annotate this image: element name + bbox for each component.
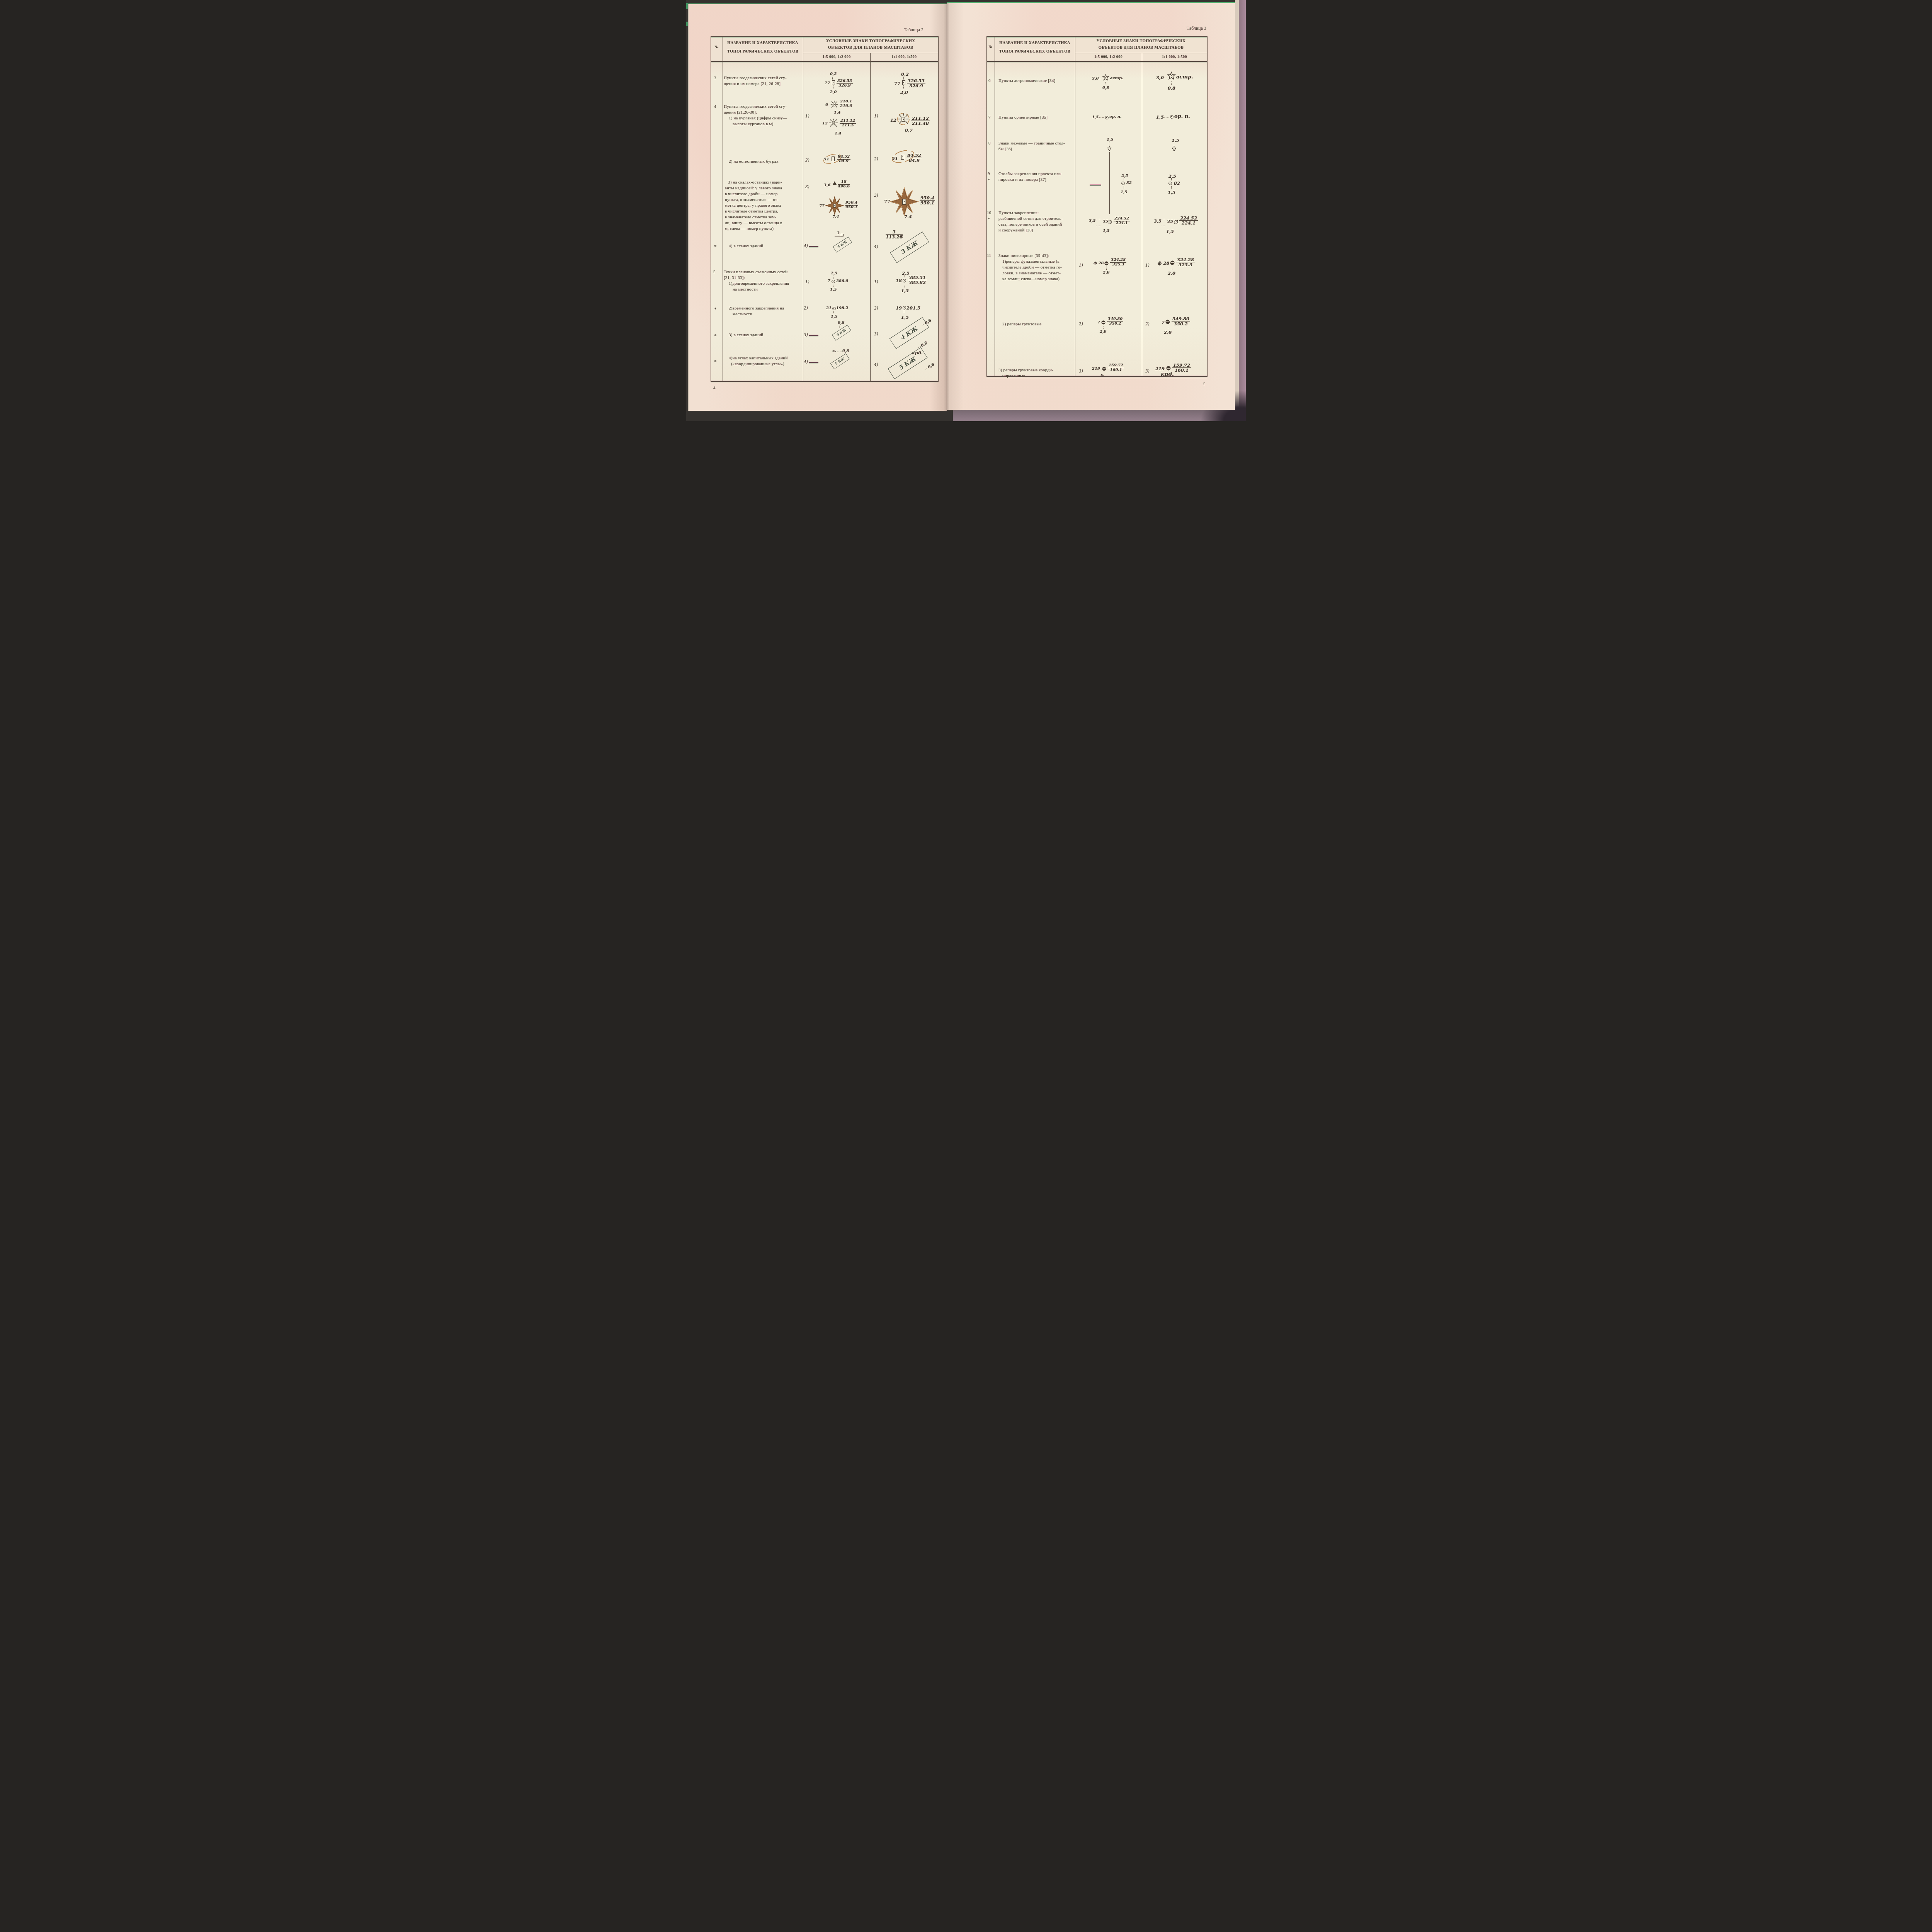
- col-header-symbols-1: УСЛОВНЫЕ ЗНАКИ ТОПОГРАФИЧЕСКИХ: [1075, 39, 1207, 43]
- benchmark-icon: [1165, 320, 1170, 324]
- col-header-scale-5000: 1:5 000, 1:2 000: [803, 55, 870, 59]
- elevation-fraction: 324.28325.3: [1176, 257, 1195, 267]
- dim-label: 0,8: [838, 321, 844, 325]
- rule: [803, 36, 803, 382]
- symbol-caption: астр.: [1110, 76, 1123, 80]
- row-text: Точки плановых съемочных сетей: [724, 270, 787, 274]
- dim-label: 3,5: [1154, 218, 1162, 224]
- point-number: 77: [825, 81, 830, 85]
- elevation-fraction: 18496.6: [838, 180, 850, 189]
- point-number: 3,6: [824, 183, 830, 187]
- variant-label: 3): [805, 185, 810, 189]
- elevation-fraction: 159.72160.1: [1172, 363, 1191, 372]
- astro-star-icon: [1102, 74, 1109, 81]
- rule: [986, 36, 1207, 37]
- bench-number: 219: [1155, 366, 1165, 371]
- astro-star-icon: [1167, 72, 1175, 80]
- row-text: 2)временного закрепления на: [729, 306, 784, 311]
- symbol-caption: ор. п.: [1109, 115, 1121, 119]
- rule: [870, 53, 871, 382]
- rule: [986, 36, 987, 377]
- elevation-value: 198.2: [836, 306, 848, 310]
- point-number: 18: [896, 278, 902, 283]
- dotted-line: [1163, 78, 1167, 78]
- benchmark-icon: [1104, 261, 1109, 265]
- dotted-line: [1172, 267, 1172, 270]
- row-text: разбивочной сетки для строитель-: [998, 216, 1063, 221]
- rule: [1142, 53, 1142, 377]
- survey-point-icon: [832, 307, 836, 310]
- dim-label: 7.4: [832, 215, 839, 219]
- rule: [986, 61, 1207, 62]
- page-number-left: 4: [713, 386, 716, 390]
- row-text: ли, внизу — высоты останца в: [725, 221, 782, 225]
- variant-label: 3): [874, 332, 878, 337]
- point-number: 51: [824, 157, 829, 162]
- geodetic-square-icon: [832, 80, 835, 85]
- dim-label: 2,0: [1100, 330, 1106, 334]
- dim-label: 1,5: [1166, 229, 1174, 234]
- row-text: 4)на углах капитальных зданий: [729, 356, 788, 361]
- variant-label: 1): [874, 114, 878, 119]
- rule: [711, 36, 938, 37]
- corner-label: к.: [832, 349, 836, 353]
- point-number: 77: [819, 204, 825, 208]
- variant-label: 2): [804, 306, 808, 311]
- row-text: Знаки нивелирные [39-43]:: [998, 253, 1049, 258]
- variant-label: 1): [805, 114, 810, 119]
- row-text: Пункты ориентирные [35]: [998, 115, 1048, 120]
- elevation-value: 386.0: [836, 279, 848, 283]
- dotted-line: [1109, 142, 1109, 146]
- elevation-fraction: 326.53326.9: [837, 79, 853, 88]
- variant-label: 1): [805, 280, 810, 284]
- dotted-line: [1103, 326, 1104, 329]
- grid-point-icon: [1174, 219, 1179, 224]
- kurgan-icon: [828, 118, 838, 128]
- edge-fleck-1: [686, 3, 689, 9]
- row-text: щения и их номера [21, 26-28]: [724, 82, 781, 86]
- row-number: 10: [987, 211, 991, 215]
- footnote-asterisk: *: [714, 243, 717, 250]
- point-number: 21: [826, 306, 832, 310]
- dotted-line: [1162, 226, 1166, 226]
- col-header-scale-5000: 1:5 000, 1:2 000: [1075, 55, 1142, 59]
- dotted-line: [1171, 186, 1172, 189]
- bench-number: 219: [1092, 367, 1100, 371]
- kurgan-icon: [830, 100, 838, 109]
- orient-point-icon: [1105, 116, 1109, 119]
- dim-label: 3: [837, 231, 840, 235]
- dim-label: 1,5: [1103, 229, 1109, 233]
- point-number: 12: [890, 117, 896, 123]
- row-text: 3) на скалах-останцах (вари-: [728, 180, 782, 185]
- col-header-name-1: НАЗВАНИЕ И ХАРАКТЕРИСТИКА: [995, 41, 1075, 45]
- elevation-fraction: 950.4950.1: [845, 201, 858, 209]
- geodetic-square-icon: [902, 80, 905, 85]
- variant-label: 3): [1079, 369, 1083, 374]
- dotted-line: [837, 352, 842, 352]
- rock-triangle-icon: [832, 181, 837, 185]
- col-header-name-2: ТОПОГРАФИЧЕСКИХ ОБЪЕКТОВ: [723, 49, 803, 54]
- col-header-name-1: НАЗВАНИЕ И ХАРАКТЕРИСТИКА: [723, 41, 803, 45]
- point-number: 12: [822, 121, 828, 126]
- benchmark-icon: [1170, 260, 1175, 265]
- row-text: щения [21,26-30]:: [724, 110, 757, 115]
- row-number: 6: [988, 78, 991, 83]
- col-header-no: №: [711, 45, 723, 49]
- rock-outcrop-star-icon: [825, 196, 844, 215]
- boundary-post-icon: [1107, 146, 1112, 151]
- bench-number: 7: [1162, 320, 1165, 325]
- elevation-fraction: 159.72160.1: [1108, 364, 1124, 372]
- point-number: 77: [884, 199, 890, 204]
- boundary-post-icon: [1172, 146, 1177, 151]
- row-text: пункта, в знаменателе — от-: [725, 197, 779, 202]
- benchmark-icon: [1166, 366, 1171, 371]
- elevation-fraction: 224.52224.1: [1114, 217, 1130, 225]
- dim-label: 2,5: [1121, 174, 1128, 178]
- rule: [1075, 53, 1207, 53]
- elevation-fraction: 211.12211.48: [911, 116, 930, 126]
- orient-point-icon: [1170, 115, 1173, 119]
- row-number: 3: [714, 76, 716, 80]
- bench-diameter: ф 28: [1158, 260, 1169, 266]
- dotted-line: [905, 285, 905, 287]
- rule: [711, 381, 938, 382]
- point-number: 19: [896, 305, 902, 311]
- row-text: на местности: [733, 287, 758, 292]
- dotted-line: [1124, 178, 1124, 181]
- edge-fleck-2: [686, 22, 688, 26]
- dotted-line: [1096, 226, 1102, 226]
- dim-label: 0,2: [901, 71, 909, 77]
- dim-label: 1,5: [831, 315, 837, 319]
- row-text: в числителе дроби — номер: [725, 192, 778, 196]
- row-text: 3) в стенах зданий: [729, 333, 763, 337]
- row-text: ловки, в знаменателе — отмет-: [1002, 271, 1061, 276]
- elevation-fraction: 210.1210.6: [839, 100, 853, 108]
- col-header-symbols-1: УСЛОВНЫЕ ЗНАКИ ТОПОГРАФИЧЕСКИХ: [803, 39, 938, 43]
- elevation-fraction: 84.5284.9: [906, 153, 922, 163]
- dim-label: 2,0: [900, 90, 908, 95]
- boundary-line: [1109, 152, 1110, 214]
- dim-label: 0,2: [830, 72, 837, 76]
- row-text: высоты курганов в м): [733, 122, 773, 126]
- footnote-asterisk: *: [714, 359, 717, 365]
- col-header-scale-1000: 1:1 000, 1:500: [870, 55, 938, 59]
- gutter-line: [946, 3, 946, 411]
- dotted-line: [1106, 267, 1107, 270]
- dotted-line: [1163, 117, 1168, 117]
- rule: [711, 61, 938, 62]
- dotted-line: [905, 275, 905, 278]
- project-post-icon: [1121, 182, 1125, 185]
- row-text: ства, поперечников и осей зданий: [998, 222, 1062, 227]
- row-number: 4: [714, 104, 716, 109]
- point-number: 51: [892, 156, 898, 161]
- dim-label: 0,8: [842, 349, 849, 353]
- variant-label: 1): [1145, 263, 1150, 268]
- row-text: 2) на естественных буграх: [729, 159, 779, 164]
- row-text: («координированные углы»): [731, 362, 784, 366]
- footnote-asterisk: *: [988, 177, 990, 183]
- row-text: Пункты закрепления:: [998, 211, 1039, 215]
- rule: [803, 53, 938, 53]
- dim-label: 1,5: [1172, 138, 1179, 143]
- rock-outcrop-star-icon: [890, 187, 918, 216]
- variant-label: 4): [874, 245, 878, 249]
- dim-label: 2,0: [1164, 330, 1172, 335]
- variant-label: 2): [1145, 322, 1150, 327]
- row-text: м, слева — номер пункта): [725, 226, 774, 231]
- grid-point-icon: [1108, 220, 1112, 224]
- row-text: Знаки межевые — граничные стол-: [998, 141, 1065, 146]
- row-text: 3) реперы грунтовые коорди-: [998, 368, 1053, 372]
- dim-label: 2,5: [831, 271, 837, 276]
- variant-label: 2): [805, 158, 810, 163]
- wall-mark-square-icon: [841, 234, 844, 236]
- point-number: 7: [828, 279, 830, 283]
- row-text: бы [36]: [998, 147, 1012, 151]
- variant-label: 2): [874, 157, 878, 162]
- col-header-scale-1000: 1:1 000, 1:500: [1142, 55, 1207, 59]
- dash-line: [809, 335, 818, 336]
- rule: [711, 383, 938, 383]
- row-text: Столбы закрепления проекта пла-: [998, 172, 1062, 176]
- corner-label: крд.: [1161, 371, 1174, 378]
- dim-label: 0,8: [1168, 85, 1175, 91]
- row-text: Пункты геодезических сетей сгу-: [724, 104, 787, 109]
- footnote-asterisk: *: [714, 306, 717, 312]
- dim-label: 2,0: [1103, 270, 1109, 275]
- variant-label: 3): [804, 333, 808, 337]
- cover-right-strip: [1235, 0, 1246, 421]
- row-text: анты надписей: у левого знака: [725, 186, 782, 190]
- variant-label: 4): [874, 362, 878, 367]
- row-text: нировки и их номера [37]: [998, 177, 1046, 182]
- col-header-name-2: ТОПОГРАФИЧЕСКИХ ОБЪЕКТОВ: [995, 49, 1075, 54]
- dim-label: 0,8: [1102, 86, 1109, 90]
- dotted-line: [904, 310, 904, 314]
- dim-label: 3,0: [1092, 77, 1099, 81]
- row-text: метка центра; у правого знака: [725, 203, 781, 208]
- point-number: 6: [825, 103, 828, 107]
- row-number: 7: [988, 115, 991, 120]
- footnote-asterisk: *: [714, 333, 717, 339]
- rule: [711, 36, 711, 382]
- geodetic-square-icon: [832, 156, 835, 161]
- dotted-line: [1105, 82, 1106, 85]
- row-number: 11: [987, 253, 991, 258]
- rule: [1075, 36, 1075, 377]
- kurgan-icon: [896, 112, 910, 126]
- benchmark-icon: [1101, 320, 1105, 325]
- variant-label: 4): [804, 244, 808, 248]
- dotted-line: [1171, 178, 1172, 181]
- col-header-symbols-2: ОБЪЕКТОВ ДЛЯ ПЛАНОВ МАСШТАБОВ: [803, 46, 938, 50]
- point-number: 35: [1103, 219, 1108, 224]
- variant-label: 1): [1079, 263, 1083, 268]
- point-number: 35: [1167, 219, 1173, 224]
- dotted-line: [1124, 186, 1124, 189]
- dim-label: 1,5: [1156, 114, 1164, 120]
- variant-label: 3): [874, 193, 878, 198]
- survey-point-icon: [903, 306, 906, 310]
- row-text: числителе дроби — отметка го-: [1002, 265, 1062, 270]
- bench-number: 7: [1097, 320, 1100, 325]
- elevation-fraction: 349.80350.2: [1107, 317, 1123, 326]
- right-table-label: Таблица 3: [1179, 26, 1206, 31]
- symbol-caption: ор. п.: [1174, 114, 1190, 119]
- circle-dot-icon: [900, 235, 903, 238]
- benchmark-icon: [1102, 367, 1106, 371]
- dim-label: 1,5: [1168, 190, 1175, 195]
- elevation-fraction: 326.53326.9: [907, 78, 925, 88]
- col-header-symbols-2: ОБЪЕКТОВ ДЛЯ ПЛАНОВ МАСШТАБОВ: [1075, 46, 1207, 50]
- dotted-line: [1168, 326, 1168, 329]
- dotted-line: [1099, 117, 1104, 118]
- elevation-fraction: 84.5284.9: [837, 155, 850, 163]
- dotted-line: [1098, 79, 1102, 79]
- variant-label: 2): [1079, 322, 1083, 327]
- dim-label: 1,5: [1121, 190, 1127, 194]
- dim-label: 1,4: [834, 111, 840, 115]
- row-text: 4) в стенах зданий: [729, 244, 763, 248]
- row-text: 2) реперы грунтовые: [1002, 322, 1041, 327]
- left-table-label: Таблица 2: [896, 28, 923, 32]
- dim-label: 1,5: [1107, 138, 1113, 142]
- dotted-line: [833, 284, 833, 287]
- row-number: 8: [988, 141, 991, 146]
- geodetic-square-icon: [901, 155, 904, 160]
- row-text: 1)реперы фундаментальные (в: [1002, 259, 1060, 264]
- dim-label: 1,5: [901, 288, 909, 293]
- col-header-no: №: [986, 45, 995, 49]
- dash-line: [1090, 185, 1101, 185]
- rule: [1207, 36, 1207, 377]
- rule: [938, 36, 939, 382]
- bench-diameter: ф 28: [1094, 261, 1104, 265]
- row-text: Пункты геодезических сетей сгу-: [724, 76, 787, 80]
- row-number: 9: [988, 172, 990, 176]
- elevation-value: 201.5: [906, 305, 920, 311]
- post-number: 82: [1126, 181, 1132, 185]
- symbol-caption: астр.: [1176, 74, 1193, 80]
- rule: [995, 36, 995, 377]
- dim-label: 1,5: [830, 287, 837, 292]
- point-number: 77: [894, 81, 900, 86]
- page-number-right: 5: [1203, 382, 1206, 386]
- dotted-line: [833, 311, 834, 314]
- row-text: и сооружений [38]: [998, 228, 1033, 233]
- row-text: 1)долговременного закрепления: [729, 281, 789, 286]
- elevation-fraction: 349.80350.2: [1172, 316, 1190, 326]
- elevation-fraction: 950.4950.1: [920, 196, 935, 205]
- dim-label: 1,4: [835, 131, 841, 136]
- row-text: в числителе отметка центра,: [725, 209, 778, 214]
- dotted-line: [1174, 142, 1174, 146]
- row-text: ка земли; слева—номер знака): [1002, 277, 1060, 281]
- footnote-asterisk: *: [988, 216, 990, 222]
- row-text: нированные: [1002, 374, 1025, 378]
- row-text: 1) на курганах (цифры снизу—: [729, 116, 787, 121]
- project-post-icon: [1168, 182, 1172, 185]
- dotted-line: [833, 276, 833, 279]
- dim-label: 7.4: [904, 214, 912, 219]
- elevation-fraction: 224.52224.1: [1179, 216, 1198, 225]
- dim-label: 0,7: [905, 128, 913, 133]
- dash-line: [809, 362, 818, 363]
- variant-label: 1): [874, 280, 878, 284]
- dim-label: 1,5: [901, 315, 909, 320]
- row-text: в знаменателе отметка зем-: [725, 215, 776, 219]
- variant-label: 4): [804, 360, 808, 364]
- elevation-fraction: 211.12211.5: [840, 119, 856, 128]
- dim-label: 2,5: [1168, 173, 1176, 179]
- dim-label: 2,0: [830, 90, 837, 94]
- row-number: 5: [713, 270, 716, 274]
- elevation-fraction: 324.28325.3: [1110, 258, 1126, 267]
- dim-label: 1,5: [1092, 115, 1099, 119]
- survey-point-icon: [832, 280, 835, 283]
- dotted-line: [903, 85, 904, 89]
- dotted-line: [1096, 219, 1102, 219]
- variant-label: 3): [1145, 369, 1150, 374]
- corner-label: к.: [1100, 373, 1104, 377]
- rule: [723, 36, 723, 382]
- row-text: местности: [733, 312, 752, 316]
- dotted-line: [1171, 81, 1172, 85]
- dim-label: 3,5: [1089, 219, 1095, 223]
- survey-point-icon: [903, 279, 906, 282]
- variant-label: 2): [874, 306, 878, 311]
- row-text: Пункты астрономические [34]: [998, 78, 1055, 83]
- row-text: [21, 31-33]:: [724, 276, 745, 280]
- dim-label: 2,0: [1168, 270, 1175, 276]
- dotted-line: [1162, 219, 1166, 219]
- dash-line: [809, 246, 818, 247]
- dotted-line: [833, 85, 833, 89]
- dim-label: 3,0: [1156, 75, 1164, 80]
- elevation-fraction: 385.51385.82: [908, 275, 927, 285]
- book-spread-scan: Таблица 2 № НАЗВАНИЕ И ХАРАКТЕРИСТИКА ТО…: [686, 0, 1246, 421]
- post-number: 82: [1174, 180, 1180, 186]
